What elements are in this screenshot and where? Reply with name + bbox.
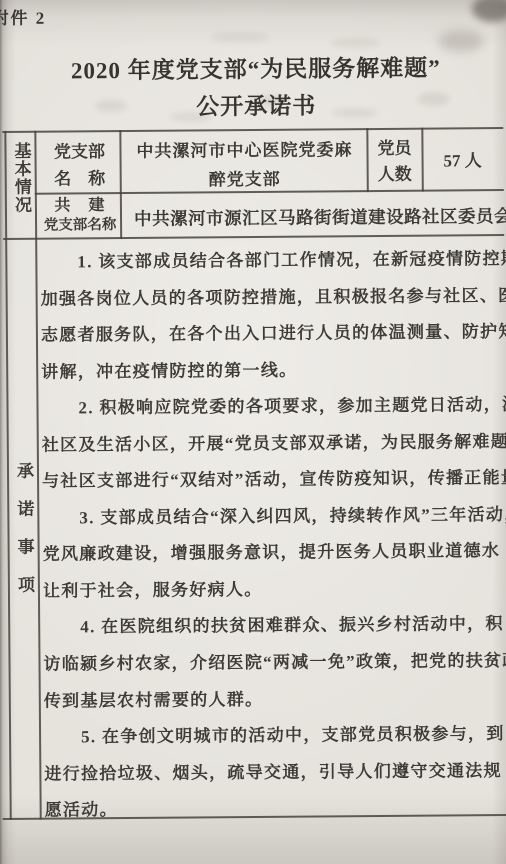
joint-branch-label-line2: 党支部名称 <box>39 216 121 236</box>
branch-name-label: 党支部 名 称 <box>41 138 117 193</box>
branch-name-value: 中共漯河市中心医院党委麻 醉党支部 <box>123 135 365 195</box>
commitment-4-line-2: 访临颍乡村农家，介绍医院“两减一免”政策，把党的扶贫政 <box>43 642 506 683</box>
commitment-2-line-1: 2. 积极响应院党委的各项要求，参加主题党日活动，深 <box>41 386 506 427</box>
joint-branch-value: 中共漯河市源汇区马路街街道建设路社区委员会 <box>134 203 506 231</box>
table-border-top <box>2 127 503 133</box>
commitment-2-line-3: 与社区支部进行“双结对”活动，宣传防疫知识，传播正能量 <box>42 459 506 500</box>
commitment-3-line-2: 党风廉政建设，增强服务意识，提升医务人员职业道德水 <box>43 532 506 573</box>
commitment-2-line-2: 社区及生活小区，开展“党员支部双承诺，为民服务解难题”活 <box>42 423 506 464</box>
commitment-1-line-4: 讲解，冲在疫情防控的第一线。 <box>41 349 506 390</box>
section-label-basic-info: 基本情况 <box>8 142 34 214</box>
commitment-1-line-1: 1. 该支部成员结合各部门工作情况，在新冠疫情防控期 <box>40 240 506 281</box>
branch-name-value-line2: 醉党支部 <box>124 164 366 195</box>
member-count-label-line2: 人数 <box>369 162 421 188</box>
branch-name-label-line2: 名 称 <box>42 165 118 193</box>
branch-name-value-line1: 中共漯河市中心医院党委麻 <box>123 135 365 166</box>
joint-branch-label-line1: 共 建 <box>39 196 121 217</box>
title-line-1: 2020 年度党支部“为民服务解难题” <box>21 49 491 90</box>
commitment-4-line-1: 4. 在医院组织的扶贫困难群众、振兴乡村活动中，积 <box>43 605 506 646</box>
commitment-5-line-2: 进行捡拾垃圾、烟头，疏导交通，引导人们遵守交通法规 <box>44 751 506 792</box>
commitment-4-line-3: 传到基层农村需要的人群。 <box>44 678 506 719</box>
attachment-label: 附件 2 <box>0 4 46 29</box>
document-content: 附件 2 2020 年度党支部“为民服务解难题” 公开承诺书 基本情况 党支部 … <box>0 0 506 864</box>
commitment-paragraphs: 1. 该支部成员结合各部门工作情况，在新冠疫情防控期 加强各岗位人员的各项防控措… <box>40 240 506 830</box>
document-title: 2020 年度党支部“为民服务解难题” 公开承诺书 <box>21 49 492 127</box>
branch-name-label-line1: 党支部 <box>41 138 117 166</box>
commitment-1-line-3: 志愿者服务队，在各个出入口进行人员的体温测量、防护知 <box>41 313 506 354</box>
scanned-document-page: 附件 2 2020 年度党支部“为民服务解难题” 公开承诺书 基本情况 党支部 … <box>0 0 506 864</box>
member-count-label: 党员 人数 <box>368 136 420 188</box>
commitment-1-line-2: 加强各岗位人员的各项防控措施，且积极报名参与社区、医 <box>41 276 506 317</box>
title-line-2: 公开承诺书 <box>21 86 491 127</box>
commitment-3-line-1: 3. 支部成员结合“深入纠四风，持续转作风”三年活动， <box>42 496 506 537</box>
member-count-value: 57 人 <box>424 146 500 172</box>
table-border-col4 <box>421 128 424 192</box>
commitment-5-line-3: 愿活动。 <box>45 788 506 829</box>
commitment-3-line-3: 让利于社会，服务好病人。 <box>43 569 506 610</box>
commitment-5-line-1: 5. 在争创文明城市的活动中，支部党员积极参与，到 <box>44 715 506 756</box>
member-count-label-line1: 党员 <box>368 136 420 162</box>
section-label-commitments: 承诺事项 <box>11 462 37 614</box>
joint-branch-label: 共 建 党支部名称 <box>39 196 121 236</box>
